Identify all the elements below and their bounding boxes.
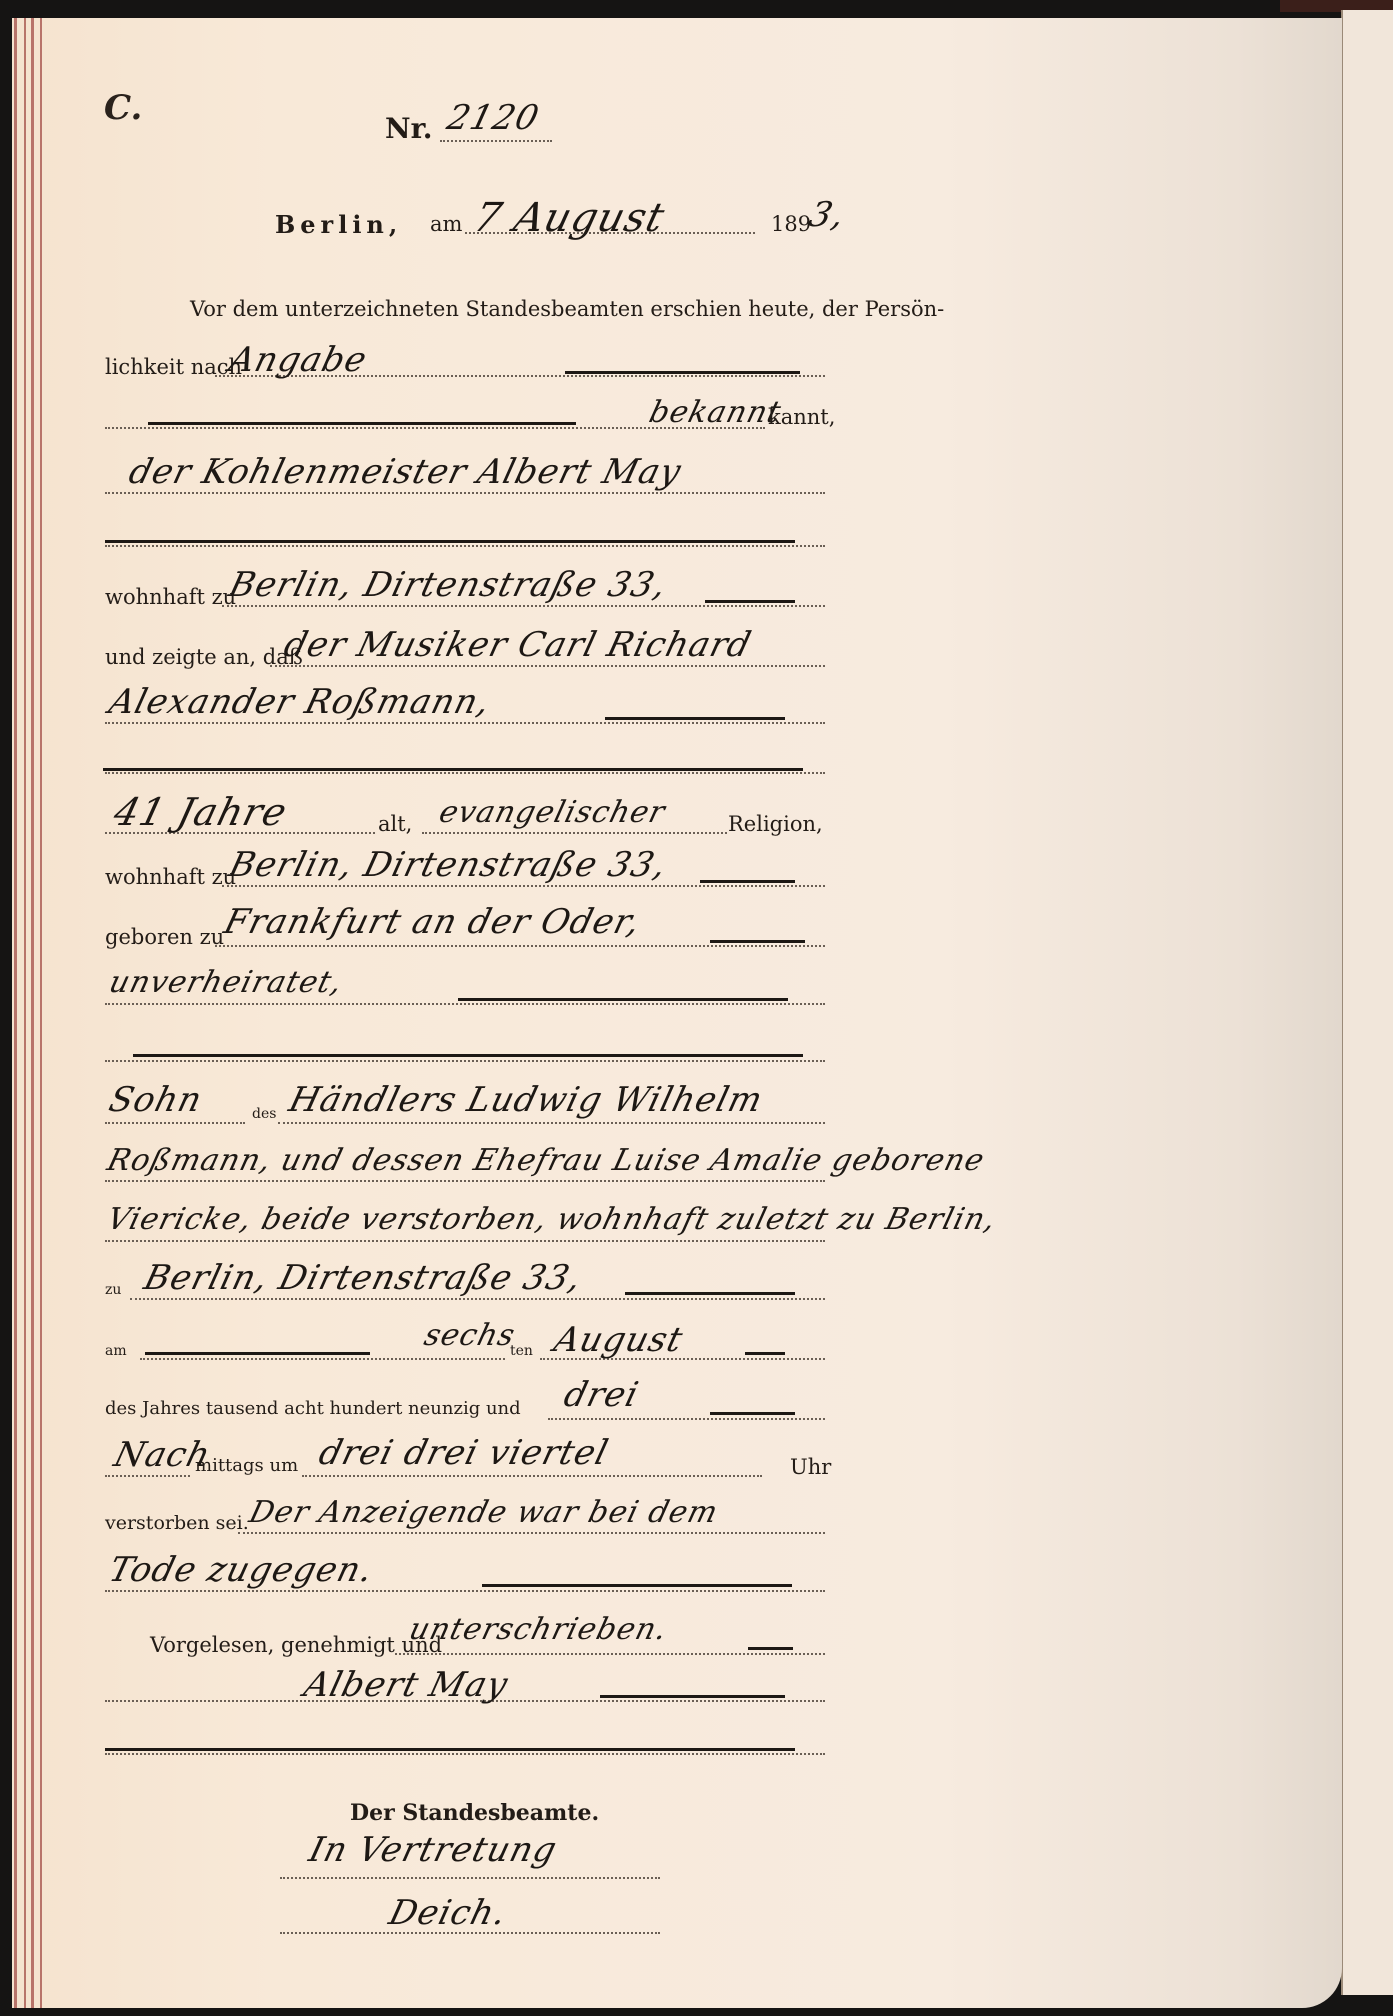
intro-line: Vor dem unterzeichneten Standesbeamten e… <box>190 297 944 321</box>
filler-dash <box>133 1054 803 1057</box>
filler-dash <box>710 1412 795 1415</box>
relation-value: Sohn <box>105 1080 207 1120</box>
year-text-dotted-line <box>548 1418 825 1420</box>
closing-dotted-line <box>105 1753 825 1755</box>
filler-dash <box>705 600 795 603</box>
birthplace-label: geboren zu <box>105 925 224 949</box>
died-label: verstorben sei. <box>105 1512 249 1534</box>
remark-line-1: Der Anzeigende war bei dem <box>246 1495 722 1530</box>
filler-dash <box>600 1695 785 1698</box>
filler-dash <box>748 1647 793 1650</box>
deceased-name-line-2: Alexander Roßmann, <box>105 682 495 722</box>
month-value: August <box>550 1320 687 1360</box>
adjacent-page-edge <box>1341 10 1393 1995</box>
official-dotted-line-1 <box>280 1877 660 1879</box>
filler-dash <box>105 540 795 543</box>
deceased-residence: Berlin, Dirtenstraße 33, <box>225 845 671 885</box>
remark-dotted-line-1 <box>238 1532 825 1534</box>
religion-label: Religion, <box>728 812 823 836</box>
approval-dotted-line <box>395 1653 825 1655</box>
place-label: Berlin, <box>275 210 402 239</box>
filler-dash <box>105 1748 795 1751</box>
marital-status: unverheiratet, <box>106 965 347 1000</box>
religion-value: evangelischer <box>436 795 669 830</box>
informant-dotted-line <box>105 492 825 494</box>
deceased-residence-label: wohnhaft zu <box>105 865 236 889</box>
page-edge-stack <box>12 18 44 2008</box>
series-letter: C. <box>104 88 142 128</box>
deceased-residence-dotted-line <box>222 885 825 887</box>
record-number: 2120 <box>443 98 544 138</box>
parents-dotted-line-3 <box>105 1240 825 1242</box>
time-prefix-dotted-line <box>105 1475 190 1477</box>
day-suffix: ten <box>510 1343 533 1359</box>
birthplace-dotted-line <box>215 945 825 947</box>
filler-dash <box>482 1584 792 1587</box>
filler-dash <box>700 880 795 883</box>
known-value: bekannt <box>646 395 785 430</box>
deceased-name-line-1: der Musiker Carl Richard <box>280 625 756 665</box>
informant-signature: Albert May <box>300 1665 512 1705</box>
remark-dotted-line-2 <box>105 1590 825 1592</box>
approval-value: unterschrieben. <box>406 1612 672 1647</box>
age-label: alt, <box>378 812 412 836</box>
filler-dash <box>605 717 785 720</box>
filler-dash <box>458 998 788 1001</box>
filler-dash <box>148 422 576 425</box>
informant-residence-dotted-line <box>222 605 825 607</box>
death-place-label: zu <box>105 1282 121 1298</box>
remark-line-2: Tode zugegen. <box>105 1550 377 1590</box>
official-signature: Deich. <box>385 1893 511 1933</box>
age-value: 41 Jahre <box>110 790 292 834</box>
time-label: mittags um <box>195 1455 298 1476</box>
date-prefix: am <box>430 212 462 236</box>
official-line-1: In Vertretung <box>305 1830 561 1870</box>
number-dotted-line <box>440 140 552 142</box>
filler-dash <box>103 768 803 771</box>
parents-dotted-line-pre <box>105 1122 245 1124</box>
informant-residence-label: wohnhaft zu <box>105 585 236 609</box>
day-dotted-line <box>140 1358 505 1360</box>
time-suffix: Uhr <box>790 1455 831 1479</box>
religion-dotted-line <box>422 832 727 834</box>
date-value: 7 August <box>469 195 669 241</box>
deceased-dotted-line-2 <box>105 722 825 724</box>
filler-dash <box>745 1352 785 1355</box>
divider-dotted-line <box>105 772 825 774</box>
filler-dash <box>565 371 800 374</box>
parents-dotted-line-1 <box>278 1122 825 1124</box>
marital-dotted-line <box>105 1003 825 1005</box>
time-value: drei drei viertel <box>315 1433 613 1473</box>
year-text-value: drei <box>560 1375 643 1415</box>
parents-label: des <box>252 1106 276 1122</box>
filler-dash <box>625 1292 795 1295</box>
deceased-dotted-line-1 <box>270 665 825 667</box>
day-value: sechs <box>421 1318 519 1353</box>
official-heading: Der Standesbeamte. <box>350 1800 599 1826</box>
birthplace-value: Frankfurt an der Oder, <box>220 902 645 942</box>
filler-dash <box>145 1352 370 1355</box>
father-name: Händlers Ludwig Wilhelm <box>285 1080 767 1120</box>
filler-dash <box>710 940 805 943</box>
informant-name-occupation: der Kohlenmeister Albert May <box>125 452 686 492</box>
death-place: Berlin, Dirtenstraße 33, <box>140 1258 586 1298</box>
year-text-label: des Jahres tausend acht hundert neunzig … <box>105 1398 521 1419</box>
death-place-dotted-line <box>130 1298 825 1300</box>
number-label: Nr. <box>385 112 433 145</box>
informant-residence: Berlin, Dirtenstraße 33, <box>225 565 671 605</box>
time-dotted-line <box>302 1475 762 1477</box>
day-label: am <box>105 1343 127 1359</box>
informant-extra-dotted-line <box>105 545 825 547</box>
parents-status: Viericke, beide verstorben, wohnhaft zul… <box>104 1202 1000 1237</box>
identity-value: Angabe <box>225 340 371 380</box>
parents-dotted-line-2 <box>105 1180 825 1182</box>
divider-dotted-line <box>105 1060 825 1062</box>
mother-name: Roßmann, und dessen Ehefrau Luise Amalie… <box>104 1143 989 1178</box>
known-label: kannt, <box>768 405 835 429</box>
